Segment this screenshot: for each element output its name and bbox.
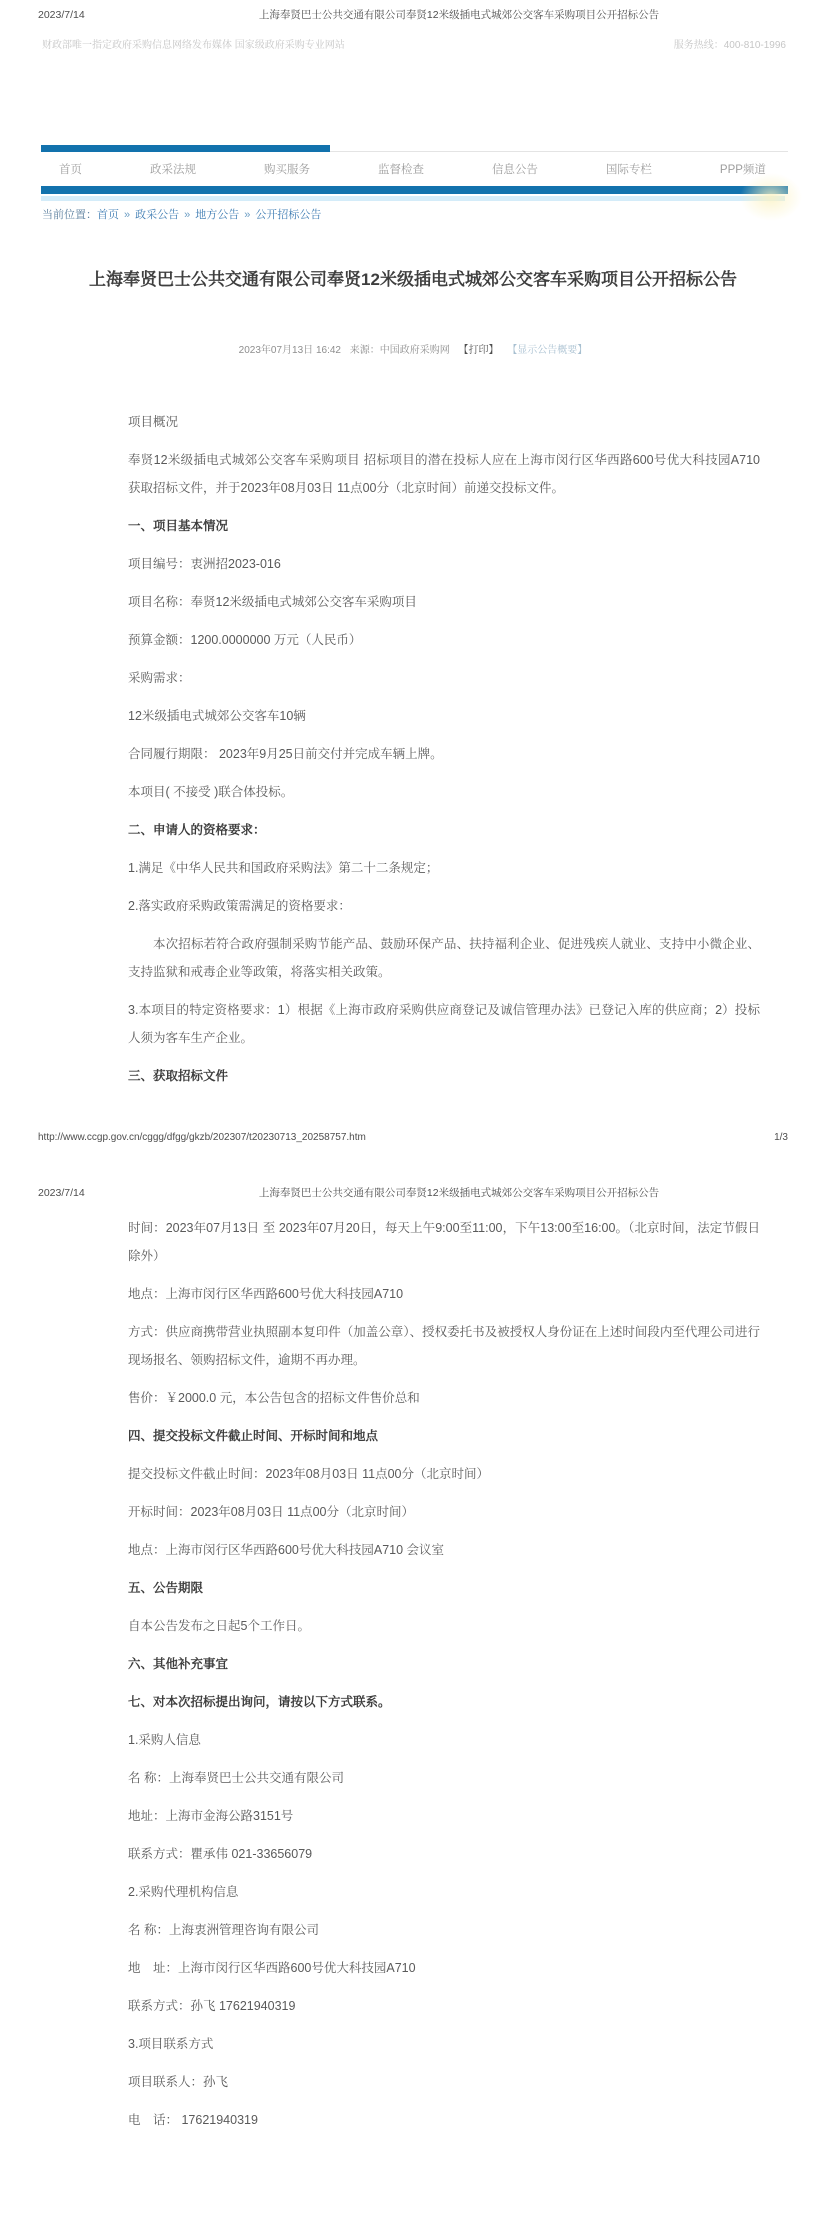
body-paragraph: 二、申请人的资格要求：: [128, 816, 760, 844]
body-paragraph: 地址：上海市金海公路3151号: [128, 1802, 760, 1830]
body-paragraph: 地点：上海市闵行区华西路600号优大科技园A710 会议室: [128, 1536, 760, 1564]
body-paragraph: 地 址：上海市闵行区华西路600号优大科技园A710: [128, 1954, 760, 1982]
announcement-body-page2: 时间：2023年07月13日 至 2023年07月20日，每天上午9:00至11…: [128, 1214, 760, 2144]
nav-accent-bar: [41, 145, 330, 152]
print-date: 2023/7/14: [38, 8, 130, 23]
body-paragraph: 名 称：上海奉贤巴士公共交通有限公司: [128, 1764, 760, 1792]
body-paragraph: 本项目( 不接受 )联合体投标。: [128, 778, 760, 806]
nav-item[interactable]: 首页: [59, 161, 82, 177]
page-indicator: 1/3: [774, 1132, 788, 1143]
body-paragraph: 提交投标文件截止时间：2023年08月03日 11点00分（北京时间）: [128, 1460, 760, 1488]
body-paragraph: 六、其他补充事宜: [128, 1650, 760, 1678]
nav-item[interactable]: 国际专栏: [606, 161, 652, 177]
article-meta-row: 2023年07月13日 16:42 来源：中国政府采购网 【打印】 【显示公告概…: [0, 341, 826, 356]
body-paragraph: 电 话： 17621940319: [128, 2106, 760, 2134]
print-preview-canvas: { "header": { "print_date": "2023/7/14",…: [0, 0, 826, 2221]
body-paragraph: 联系方式：瞿承伟 021-33656079: [128, 1840, 760, 1868]
body-paragraph: 合同履行期限： 2023年9月25日前交付并完成车辆上牌。: [128, 740, 760, 768]
breadcrumb-link[interactable]: 地方公告: [195, 209, 239, 221]
breadcrumb-prefix: 当前位置：: [42, 209, 97, 221]
body-paragraph: 1.采购人信息: [128, 1726, 760, 1754]
site-slogan: 财政部唯一指定政府采购信息网络发布媒体 国家级政府采购专业网站: [42, 36, 345, 51]
print-header: 2023/7/14 上海奉贤巴士公共交通有限公司奉贤12米级插电式城郊公交客车采…: [38, 1186, 788, 1201]
body-paragraph: 预算金额：1200.0000000 万元（人民币）: [128, 626, 760, 654]
body-paragraph: 地点：上海市闵行区华西路600号优大科技园A710: [128, 1280, 760, 1308]
breadcrumb-link[interactable]: 公开招标公告: [255, 209, 321, 221]
body-paragraph: 一、项目基本情况: [128, 512, 760, 540]
nav-item[interactable]: PPP频道: [720, 161, 766, 177]
print-page-1: 2023/7/14 上海奉贤巴士公共交通有限公司奉贤12米级插电式城郊公交客车采…: [0, 0, 826, 1128]
site-slogan-row: 财政部唯一指定政府采购信息网络发布媒体 国家级政府采购专业网站 服务热线：400…: [42, 36, 786, 51]
print-date: 2023/7/14: [38, 1186, 130, 1201]
breadcrumb-separator: »: [184, 209, 190, 221]
main-navigation: 首页政采法规购买服务监督检查信息公告国际专栏PPP频道: [41, 156, 788, 182]
nav-item[interactable]: 购买服务: [264, 161, 310, 177]
body-paragraph: 三、获取招标文件: [128, 1062, 760, 1090]
service-hotline: 服务热线：400-810-1996: [674, 36, 786, 51]
nav-item[interactable]: 政采法规: [150, 161, 196, 177]
body-paragraph: 2.落实政府采购政策需满足的资格要求：: [128, 892, 760, 920]
body-paragraph: 时间：2023年07月13日 至 2023年07月20日，每天上午9:00至11…: [128, 1214, 760, 1270]
print-button[interactable]: 【打印】: [459, 345, 499, 356]
body-paragraph: 五、公告期限: [128, 1574, 760, 1602]
body-paragraph: 2.采购代理机构信息: [128, 1878, 760, 1906]
body-paragraph: 七、对本次招标提出询问，请按以下方式联系。: [128, 1688, 760, 1716]
print-page-title: 上海奉贤巴士公共交通有限公司奉贤12米级插电式城郊公交客车采购项目公开招标公告: [130, 8, 788, 23]
body-paragraph: 联系方式：孙飞 17621940319: [128, 1992, 760, 2020]
breadcrumb-strip: [41, 196, 785, 201]
body-paragraph: 奉贤12米级插电式城郊公交客车采购项目 招标项目的潜在投标人应在上海市闵行区华西…: [128, 446, 760, 502]
body-paragraph: 售价：￥2000.0 元，本公告包含的招标文件售价总和: [128, 1384, 760, 1412]
breadcrumb-separator: »: [244, 209, 250, 221]
body-paragraph: 项目概况: [128, 408, 760, 436]
body-paragraph: 名 称：上海衷洲管理咨询有限公司: [128, 1916, 760, 1944]
body-paragraph: 12米级插电式城郊公交客车10辆: [128, 702, 760, 730]
body-paragraph: 方式：供应商携带营业执照副本复印件（加盖公章）、授权委托书及被授权人身份证在上述…: [128, 1318, 760, 1374]
body-paragraph: 项目联系人：孙飞: [128, 2068, 760, 2096]
nav-bottom-bar: [41, 186, 788, 194]
publish-datetime: 2023年07月13日 16:42: [239, 345, 341, 356]
body-paragraph: 3.本项目的特定资格要求：1）根据《上海市政府采购供应商登记及诚信管理办法》已登…: [128, 996, 760, 1052]
body-paragraph: 开标时间：2023年08月03日 11点00分（北京时间）: [128, 1498, 760, 1526]
nav-top-rule: [330, 151, 788, 152]
body-paragraph: 自本公告发布之日起5个工作日。: [128, 1612, 760, 1640]
breadcrumb-link[interactable]: 政采公告: [135, 209, 179, 221]
body-paragraph: 项目名称：奉贤12米级插电式城郊公交客车采购项目: [128, 588, 760, 616]
body-paragraph: 1.满足《中华人民共和国政府采购法》第二十二条规定；: [128, 854, 760, 882]
body-paragraph: 四、提交投标文件截止时间、开标时间和地点: [128, 1422, 760, 1450]
body-paragraph: 3.项目联系方式: [128, 2030, 760, 2058]
nav-item[interactable]: 信息公告: [492, 161, 538, 177]
print-page-2: 2023/7/14 上海奉贤巴士公共交通有限公司奉贤12米级插电式城郊公交客车采…: [0, 1178, 826, 2221]
print-page-title: 上海奉贤巴士公共交通有限公司奉贤12米级插电式城郊公交客车采购项目公开招标公告: [130, 1186, 788, 1201]
nav-item[interactable]: 监督检查: [378, 161, 424, 177]
body-paragraph: 项目编号：衷洲招2023-016: [128, 550, 760, 578]
breadcrumb-separator: »: [124, 209, 130, 221]
breadcrumb-link[interactable]: 首页: [97, 209, 119, 221]
article-source: 来源：中国政府采购网: [350, 345, 450, 356]
breadcrumb: 当前位置：首页»政采公告»地方公告»公开招标公告: [42, 206, 321, 222]
print-header: 2023/7/14 上海奉贤巴士公共交通有限公司奉贤12米级插电式城郊公交客车采…: [38, 8, 788, 23]
announcement-title: 上海奉贤巴士公共交通有限公司奉贤12米级插电式城郊公交客车采购项目公开招标公告: [83, 263, 743, 296]
source-url: http://www.ccgp.gov.cn/cggg/dfgg/gkzb/20…: [38, 1132, 366, 1143]
print-footer: http://www.ccgp.gov.cn/cggg/dfgg/gkzb/20…: [38, 1132, 788, 1143]
show-summary-toggle[interactable]: 【显示公告概要】: [507, 345, 587, 356]
breadcrumb-links: 首页»政采公告»地方公告»公开招标公告: [97, 209, 321, 221]
body-paragraph: 采购需求：: [128, 664, 760, 692]
body-paragraph: 本次招标若符合政府强制采购节能产品、鼓励环保产品、扶持福利企业、促进残疾人就业、…: [128, 930, 760, 986]
announcement-body-page1: 项目概况奉贤12米级插电式城郊公交客车采购项目 招标项目的潜在投标人应在上海市闵…: [128, 408, 760, 1100]
